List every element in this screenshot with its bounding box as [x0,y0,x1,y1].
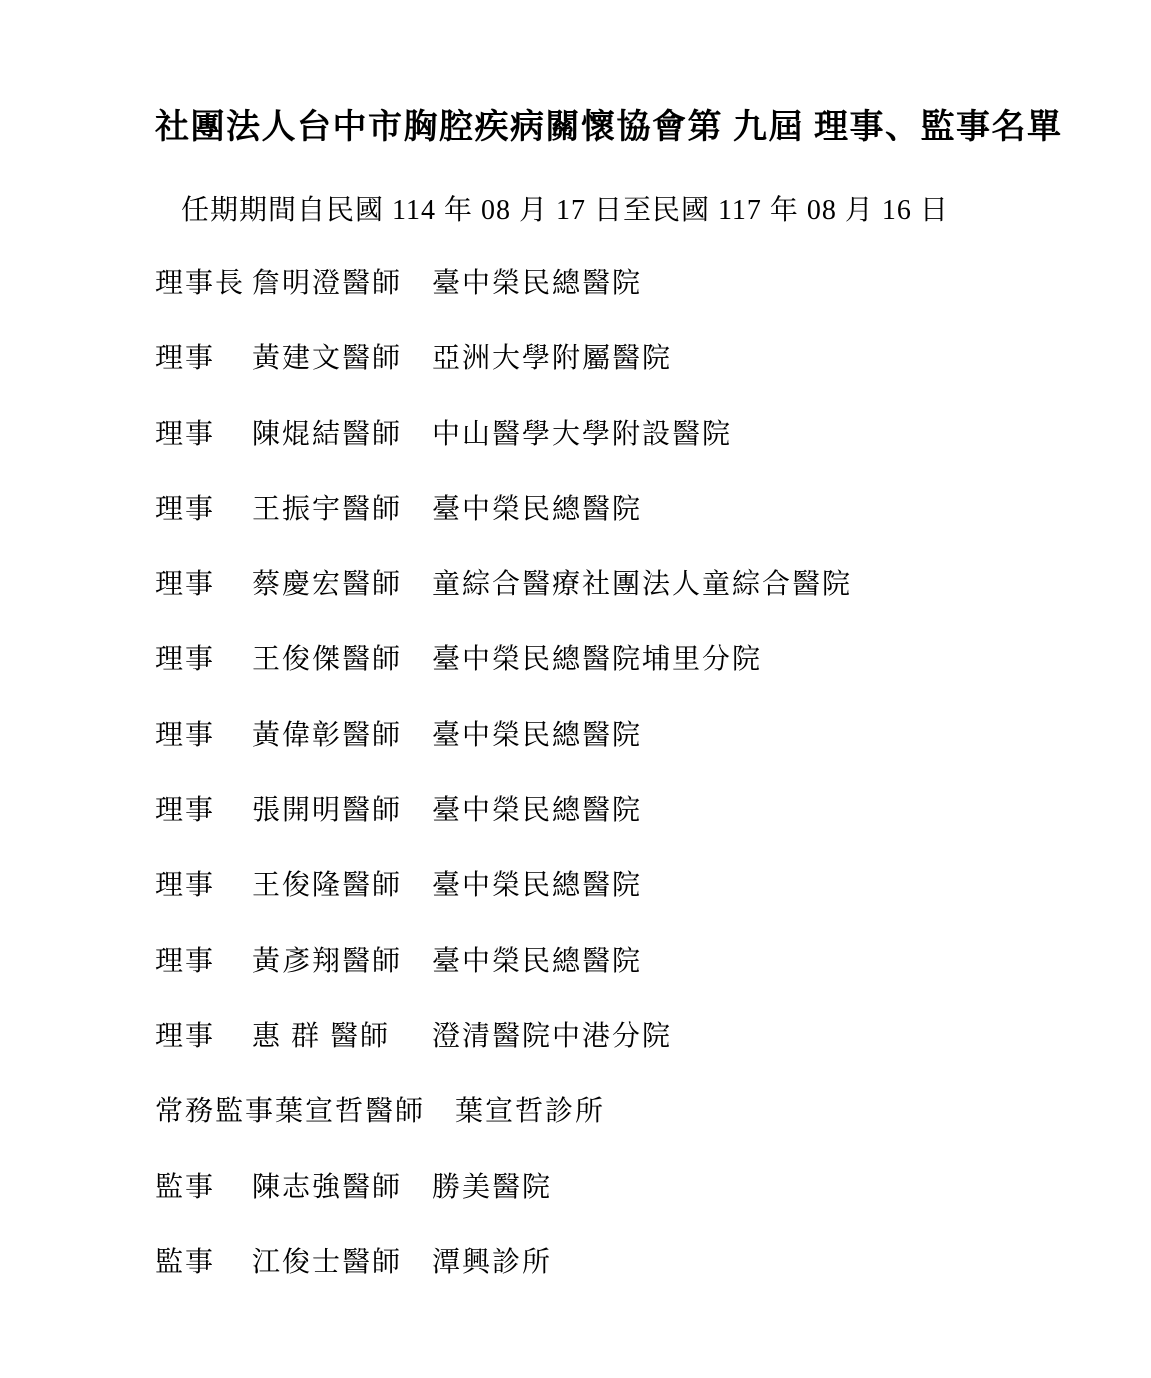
member-hospital: 葉宣哲診所 [455,1096,605,1128]
member-hospital: 澄清醫院中港分院 [432,1021,672,1053]
member-hospital: 臺中榮民總醫院 [432,946,642,978]
member-name: 葉宣哲醫師 [275,1096,455,1128]
member-role: 理事 [155,419,252,451]
member-hospital: 臺中榮民總醫院 [432,720,642,752]
member-role: 理事 [155,946,252,978]
member-hospital: 中山醫學大學附設醫院 [432,419,732,451]
member-name: 王俊隆醫師 [252,870,432,902]
member-name: 陳志強醫師 [252,1172,432,1204]
member-role: 監事 [155,1172,252,1204]
member-role: 理事 [155,644,252,676]
member-row: 理事 王俊傑醫師 臺中榮民總醫院埔里分院 [155,644,1101,719]
member-hospital: 亞洲大學附屬醫院 [432,343,672,375]
member-name: 王振宇醫師 [252,494,432,526]
member-hospital: 臺中榮民總醫院 [432,268,642,300]
term-period-line: 任期期間自民國 114 年 08 月 17 日至民國 117 年 08 月 16… [181,193,1101,228]
member-hospital: 臺中榮民總醫院 [432,870,642,902]
member-row: 理事 陳焜結醫師 中山醫學大學附設醫院 [155,419,1101,494]
member-row: 理事 黃建文醫師 亞洲大學附屬醫院 [155,343,1101,418]
member-name: 陳焜結醫師 [252,419,432,451]
member-row: 常務監事 葉宣哲醫師 葉宣哲診所 [155,1096,1101,1171]
member-role: 理事 [155,870,252,902]
member-row: 理事 黃偉彰醫師 臺中榮民總醫院 [155,720,1101,795]
member-role: 理事 [155,569,252,601]
member-hospital: 臺中榮民總醫院 [432,795,642,827]
member-role: 監事 [155,1247,252,1279]
member-row: 理事 黃彥翔醫師 臺中榮民總醫院 [155,946,1101,1021]
member-role: 理事 [155,1021,252,1053]
member-hospital: 童綜合醫療社團法人童綜合醫院 [432,569,852,601]
member-row: 理事 王振宇醫師 臺中榮民總醫院 [155,494,1101,569]
member-row: 理事長 詹明澄醫師 臺中榮民總醫院 [155,268,1101,343]
member-hospital: 臺中榮民總醫院埔里分院 [432,644,762,676]
member-name: 黃偉彰醫師 [252,720,432,752]
member-row: 監事 江俊士醫師 潭興診所 [155,1247,1101,1322]
member-hospital: 臺中榮民總醫院 [432,494,642,526]
member-role: 常務監事 [155,1096,275,1128]
member-name: 張開明醫師 [252,795,432,827]
member-name: 惠 群 醫師 [252,1021,432,1053]
member-role: 理事 [155,343,252,375]
member-name: 王俊傑醫師 [252,644,432,676]
member-row: 理事 王俊隆醫師 臺中榮民總醫院 [155,870,1101,945]
document-title: 社團法人台中市胸腔疾病關懷協會第 九屆 理事、監事名單 [155,105,1101,150]
member-name: 詹明澄醫師 [252,268,432,300]
member-role: 理事 [155,795,252,827]
member-row: 理事 張開明醫師 臺中榮民總醫院 [155,795,1101,870]
member-list: 理事長 詹明澄醫師 臺中榮民總醫院 理事 黃建文醫師 亞洲大學附屬醫院 理事 陳… [155,268,1101,1322]
member-row: 理事 蔡慶宏醫師 童綜合醫療社團法人童綜合醫院 [155,569,1101,644]
member-name: 蔡慶宏醫師 [252,569,432,601]
document-page: 社團法人台中市胸腔疾病關懷協會第 九屆 理事、監事名單 任期期間自民國 114 … [0,0,1151,1378]
member-row: 理事 惠 群 醫師 澄清醫院中港分院 [155,1021,1101,1096]
member-role: 理事長 [155,268,252,300]
member-name: 黃彥翔醫師 [252,946,432,978]
member-role: 理事 [155,720,252,752]
member-role: 理事 [155,494,252,526]
member-name: 黃建文醫師 [252,343,432,375]
member-name: 江俊士醫師 [252,1247,432,1279]
member-row: 監事 陳志強醫師 勝美醫院 [155,1172,1101,1247]
member-hospital: 勝美醫院 [432,1172,552,1204]
member-hospital: 潭興診所 [432,1247,552,1279]
